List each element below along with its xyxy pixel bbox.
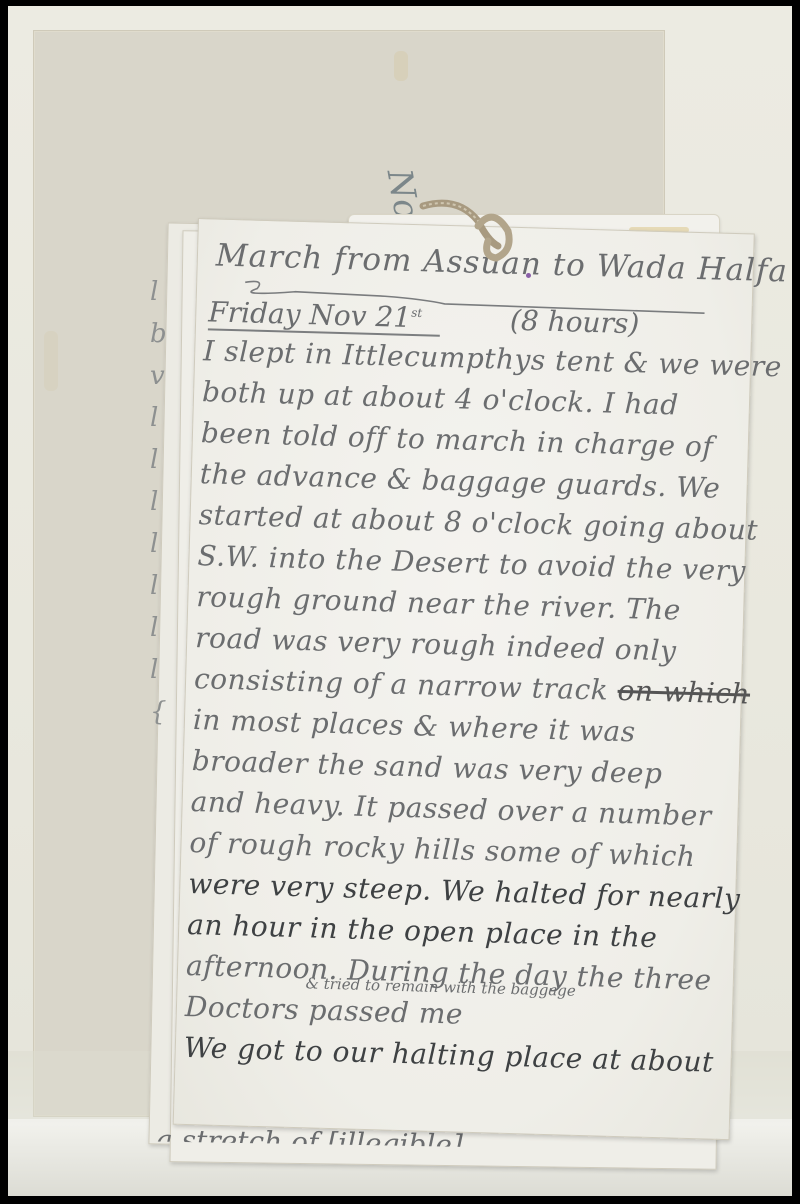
front-diary-card: March from Assuan to Wada Halfa Friday N… bbox=[173, 218, 755, 1140]
photo-frame: Nov l b v l l l l l l l { a stretch of [… bbox=[8, 6, 792, 1196]
binding-string-icon bbox=[418, 186, 538, 276]
ink-mark bbox=[526, 273, 531, 278]
struck-out-text: on which bbox=[617, 674, 750, 711]
underlying-card-margin-writing: l b v l l l l l l l { bbox=[150, 271, 180, 733]
paper-stain bbox=[44, 331, 58, 391]
march-duration: (8 hours) bbox=[510, 304, 640, 341]
diary-page: March from Assuan to Wada Halfa Friday N… bbox=[183, 237, 746, 1083]
paper-stain bbox=[394, 51, 408, 81]
